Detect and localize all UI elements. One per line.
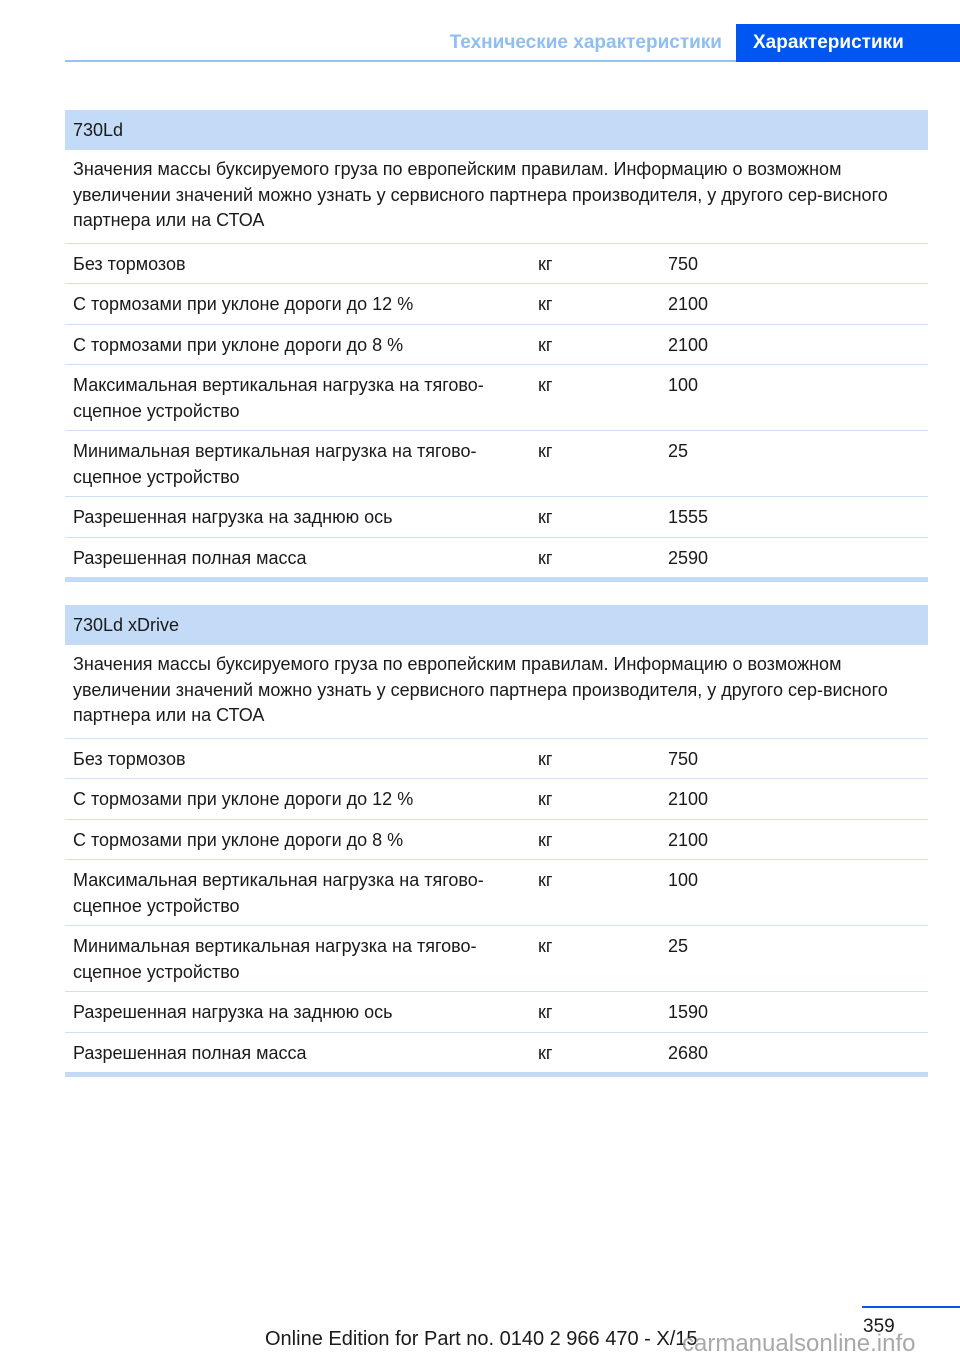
row-label: Разрешенная нагрузка на заднюю ось [65, 1000, 538, 1026]
chapter-tab: Характеристики [736, 24, 960, 62]
row-value: 2680 [668, 1041, 928, 1067]
table-row: С тормозами при уклоне дороги до 8 % кг … [65, 325, 928, 366]
table-row: Без тормозов кг 750 [65, 739, 928, 780]
row-unit: кг [538, 252, 668, 278]
row-label: Максимальная вертикальная нагрузка на тя… [65, 868, 538, 919]
table-description: Значения массы буксируемого груза по евр… [65, 150, 928, 244]
row-unit: кг [538, 546, 668, 572]
row-value: 750 [668, 252, 928, 278]
row-unit: кг [538, 787, 668, 813]
page-number-rule [862, 1306, 960, 1308]
row-label: Без тормозов [65, 747, 538, 773]
row-unit: кг [538, 1041, 668, 1067]
table-row: Максимальная вертикальная нагрузка на тя… [65, 860, 928, 926]
row-unit: кг [538, 828, 668, 854]
section-title: Технические характеристики [450, 24, 736, 62]
table-row: Разрешенная нагрузка на заднюю ось кг 15… [65, 992, 928, 1033]
model-header: 730Ld [65, 110, 928, 150]
row-value: 1555 [668, 505, 928, 531]
row-value: 1590 [668, 1000, 928, 1026]
table-description: Значения массы буксируемого груза по евр… [65, 645, 928, 739]
table-row: С тормозами при уклоне дороги до 12 % кг… [65, 779, 928, 820]
table-row: Максимальная вертикальная нагрузка на тя… [65, 365, 928, 431]
row-unit: кг [538, 747, 668, 773]
row-label: С тормозами при уклоне дороги до 8 % [65, 828, 538, 854]
row-unit: кг [538, 292, 668, 318]
row-unit: кг [538, 934, 668, 985]
row-value: 100 [668, 373, 928, 424]
table-row: Разрешенная полная масса кг 2680 [65, 1033, 928, 1073]
row-value: 100 [668, 868, 928, 919]
watermark: carmanualsonline.info [682, 1330, 915, 1358]
row-label: С тормозами при уклоне дороги до 8 % [65, 333, 538, 359]
row-label: Минимальная вертикальная нагрузка на тяг… [65, 439, 538, 490]
row-label: Разрешенная полная масса [65, 546, 538, 572]
table-row: Минимальная вертикальная нагрузка на тяг… [65, 926, 928, 992]
running-header: Технические характеристики Характеристик… [0, 0, 960, 64]
table-row: С тормозами при уклоне дороги до 8 % кг … [65, 820, 928, 861]
row-label: С тормозами при уклоне дороги до 12 % [65, 292, 538, 318]
table-row: Без тормозов кг 750 [65, 244, 928, 285]
row-unit: кг [538, 439, 668, 490]
table-row: С тормозами при уклоне дороги до 12 % кг… [65, 284, 928, 325]
table-end-bar [65, 577, 928, 582]
row-value: 2100 [668, 292, 928, 318]
spec-table-730ld: 730Ld Значения массы буксируемого груза … [65, 110, 928, 582]
table-row: Разрешенная полная масса кг 2590 [65, 538, 928, 578]
row-value: 2100 [668, 787, 928, 813]
row-unit: кг [538, 373, 668, 424]
model-header: 730Ld xDrive [65, 605, 928, 645]
edition-note: Online Edition for Part no. 0140 2 966 4… [265, 1328, 698, 1351]
row-unit: кг [538, 333, 668, 359]
spec-table-730ld-xdrive: 730Ld xDrive Значения массы буксируемого… [65, 605, 928, 1077]
row-unit: кг [538, 505, 668, 531]
row-unit: кг [538, 1000, 668, 1026]
row-value: 25 [668, 934, 928, 985]
row-label: Максимальная вертикальная нагрузка на тя… [65, 373, 538, 424]
row-value: 2590 [668, 546, 928, 572]
table-row: Разрешенная нагрузка на заднюю ось кг 15… [65, 497, 928, 538]
row-unit: кг [538, 868, 668, 919]
row-label: С тормозами при уклоне дороги до 12 % [65, 787, 538, 813]
row-value: 2100 [668, 333, 928, 359]
table-row: Минимальная вертикальная нагрузка на тяг… [65, 431, 928, 497]
row-label: Минимальная вертикальная нагрузка на тяг… [65, 934, 538, 985]
row-value: 25 [668, 439, 928, 490]
row-label: Разрешенная полная масса [65, 1041, 538, 1067]
table-end-bar [65, 1072, 928, 1077]
row-value: 2100 [668, 828, 928, 854]
row-label: Разрешенная нагрузка на заднюю ось [65, 505, 538, 531]
row-value: 750 [668, 747, 928, 773]
row-label: Без тормозов [65, 252, 538, 278]
